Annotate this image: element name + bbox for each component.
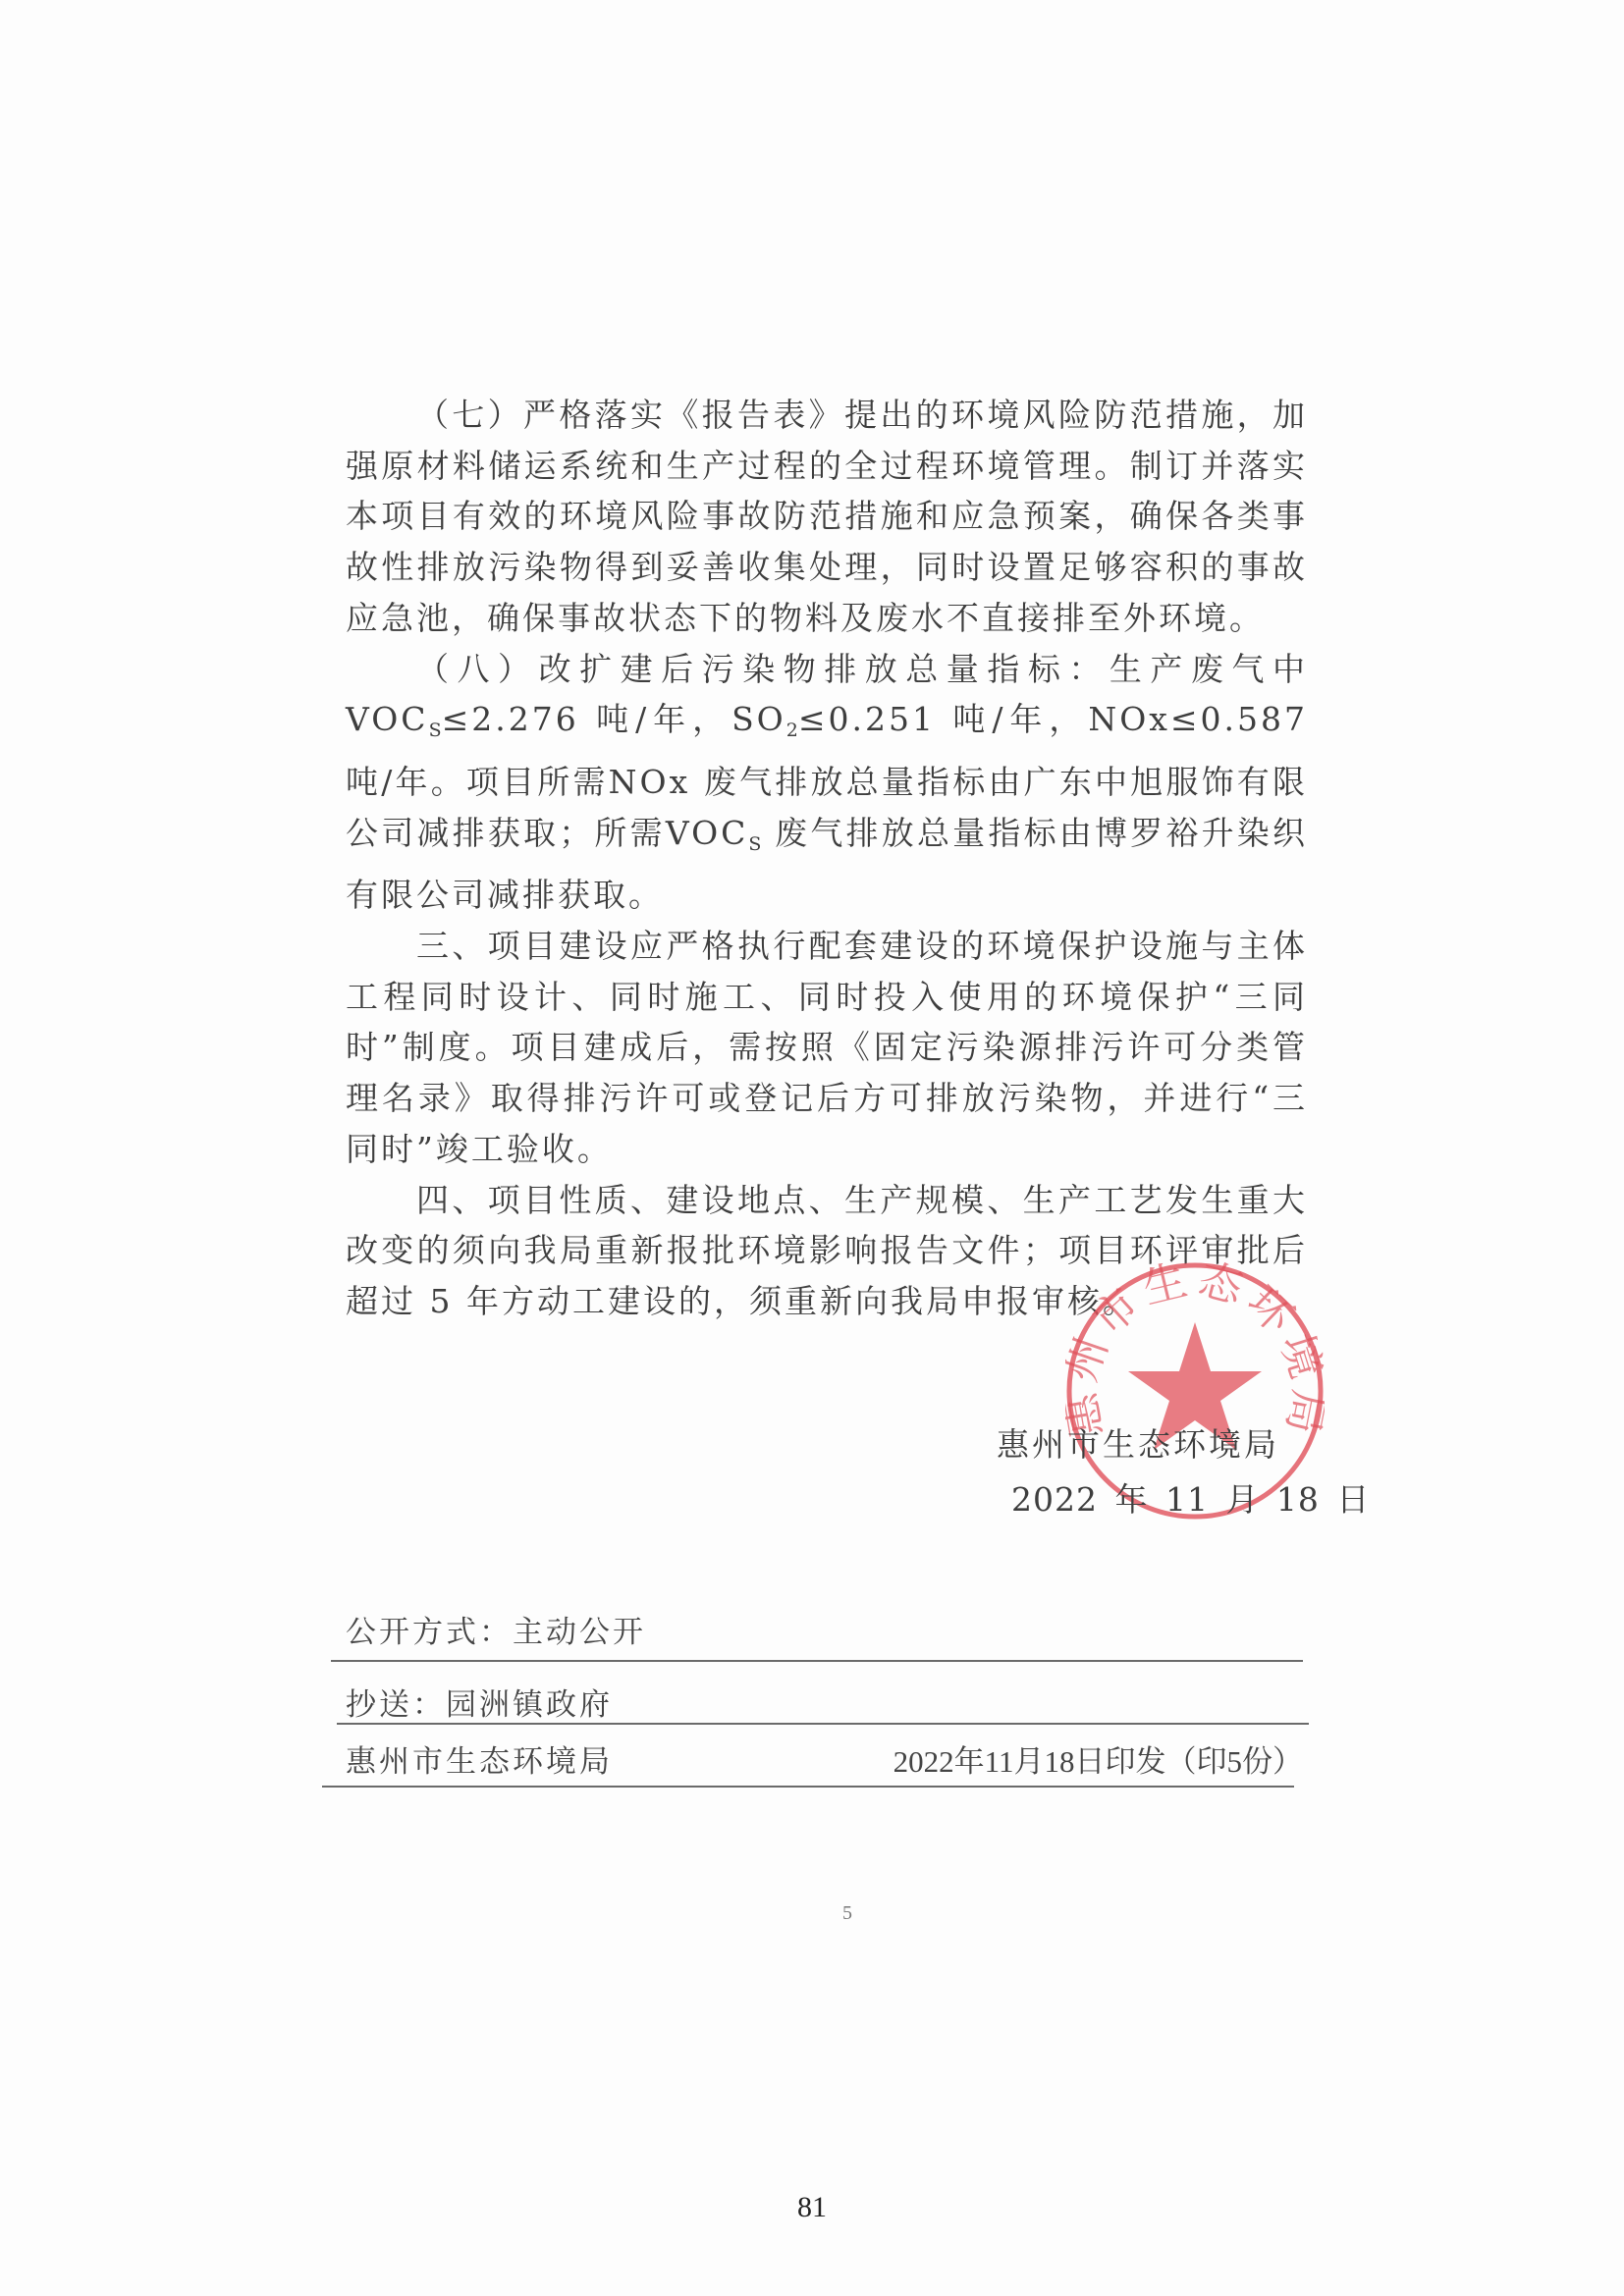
footer-rule-1 <box>331 1660 1303 1662</box>
so2-subscript: 2 <box>786 720 798 741</box>
issue-date-copies: 2022年11月18日印发（印5份） <box>893 1742 1303 1782</box>
document-body: （七）严格落实《报告表》提出的环境风险防范措施，加强原材料储运系统和生产过程的全… <box>346 390 1308 1327</box>
footer-rule-2 <box>337 1723 1309 1725</box>
paragraph-section-4: 四、项目性质、建设地点、生产规模、生产工艺发生重大改变的须向我局重新报批环境影响… <box>346 1175 1308 1327</box>
item-8-text-2: ≤2.276 吨/年，SO <box>442 700 786 738</box>
footer-rule-3 <box>322 1786 1294 1788</box>
voc-subscript: S <box>429 720 442 741</box>
outer-page-number: 81 <box>797 2191 827 2224</box>
signature-date: 2022 年 11 月 18 日 <box>1011 1479 1370 1521</box>
paragraph-section-3: 三、项目建设应严格执行配套建设的环境保护设施与主体工程同时设计、同时施工、同时投… <box>346 921 1308 1175</box>
paragraph-item-8: （八）改扩建后污染物排放总量指标：生产废气中 VOCS≤2.276 吨/年，SO… <box>346 644 1308 922</box>
issuing-organization: 惠州市生态环境局 <box>346 1742 613 1782</box>
disclosure-method: 公开方式：主动公开 <box>346 1613 646 1652</box>
signature-organization: 惠州市生态环境局 <box>997 1424 1279 1466</box>
document-page: （七）严格落实《报告表》提出的环境风险防范措施，加强原材料储运系统和生产过程的全… <box>0 0 1624 2296</box>
inner-page-number: 5 <box>842 1902 852 1925</box>
voc-subscript-2: S <box>748 833 761 855</box>
paragraph-item-7: （七）严格落实《报告表》提出的环境风险防范措施，加强原材料储运系统和生产过程的全… <box>346 390 1308 644</box>
cc-recipients: 抄送：园洲镇政府 <box>346 1685 613 1725</box>
